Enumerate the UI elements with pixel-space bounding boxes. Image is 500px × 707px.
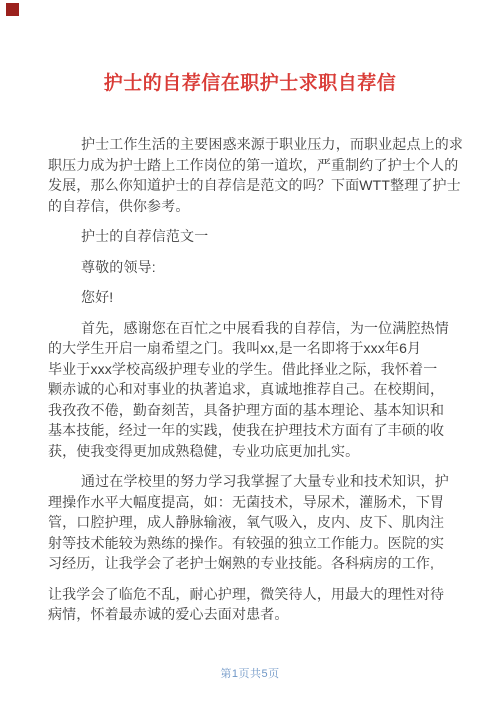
text-line: 理操作水平大幅度提高，如：无菌技术，导尿术，灌肠术，下胃 (48, 492, 458, 513)
text-line: 毕业于xxx学校高级护理专业的学生。借此择业之际，我怀着一 (48, 359, 458, 380)
text-line: 管，口腔护理，成人静脉输液，氧气吸入，皮内、皮下、肌肉注 (48, 512, 458, 533)
text-line: 您好! (48, 287, 458, 308)
page-indicator: 第1页共5页 (0, 665, 500, 681)
paragraph: 您好! (48, 287, 458, 308)
document-body: 护士工作生活的主要困惑来源于职业压力，而职业起点上的求职压力成为护士踏上工作岗位… (48, 134, 458, 625)
document-title: 护士的自荐信在职护士求职自荐信 (0, 0, 500, 98)
paragraph: 通过在学校里的努力学习我掌握了大量专业和技术知识，护理操作水平大幅度提高，如：无… (48, 471, 458, 574)
text-line: 习经历，让我学会了老护士娴熟的专业技能。各科病房的工作, (48, 553, 458, 574)
text-line: 病情，怀着最赤诚的爱心去面对患者。 (48, 604, 458, 625)
text-line: 护士工作生活的主要困惑来源于职业压力，而职业起点上的求 (48, 134, 458, 155)
paragraph: 让我学会了临危不乱，耐心护理，微笑待人，用最大的理性对待病情，怀着最赤诚的爱心去… (48, 584, 458, 625)
text-line: 我孜孜不倦，勤奋刻苦，具备护理方面的基本理论、基本知识和 (48, 400, 458, 421)
text-line: 的自荐信，供你参考。 (48, 196, 458, 217)
text-line: 颗赤诚的心和对事业的执著追求，真诚地推荐自己。在校期间， (48, 379, 458, 400)
text-line: 获，使我变得更加成熟稳健，专业功底更加扎实。 (48, 441, 458, 462)
text-line: 首先，感谢您在百忙之中展看我的自荐信，为一位满腔热情 (48, 318, 458, 339)
text-line: 发展，那么你知道护士的自荐信是范文的吗？下面WTT整理了护士 (48, 175, 458, 196)
text-line: 的大学生开启一扇希望之门。我叫xx,是一名即将于xxx年6月 (48, 338, 458, 359)
text-line: 通过在学校里的努力学习我掌握了大量专业和技术知识，护 (48, 471, 458, 492)
text-line: 基本技能，经过一年的实践，使我在护理技术方面有了丰硕的收 (48, 420, 458, 441)
paragraph: 护士工作生活的主要困惑来源于职业压力，而职业起点上的求职压力成为护士踏上工作岗位… (48, 134, 458, 216)
text-line: 让我学会了临危不乱，耐心护理，微笑待人，用最大的理性对待 (48, 584, 458, 605)
document-page: 护士的自荐信在职护士求职自荐信 护士工作生活的主要困惑来源于职业压力，而职业起点… (0, 0, 500, 707)
corner-accent-mark (6, 3, 19, 16)
paragraph: 尊敬的领导: (48, 257, 458, 278)
text-line: 尊敬的领导: (48, 257, 458, 278)
text-line: 射等技术能较为熟练的操作。有较强的独立工作能力。医院的实 (48, 533, 458, 554)
text-line: 职压力成为护士踏上工作岗位的第一道坎，严重制约了护士个人的 (48, 155, 458, 176)
paragraph: 首先，感谢您在百忙之中展看我的自荐信，为一位满腔热情的大学生开启一扇希望之门。我… (48, 318, 458, 462)
text-line: 护士的自荐信范文一 (48, 226, 458, 247)
paragraph: 护士的自荐信范文一 (48, 226, 458, 247)
